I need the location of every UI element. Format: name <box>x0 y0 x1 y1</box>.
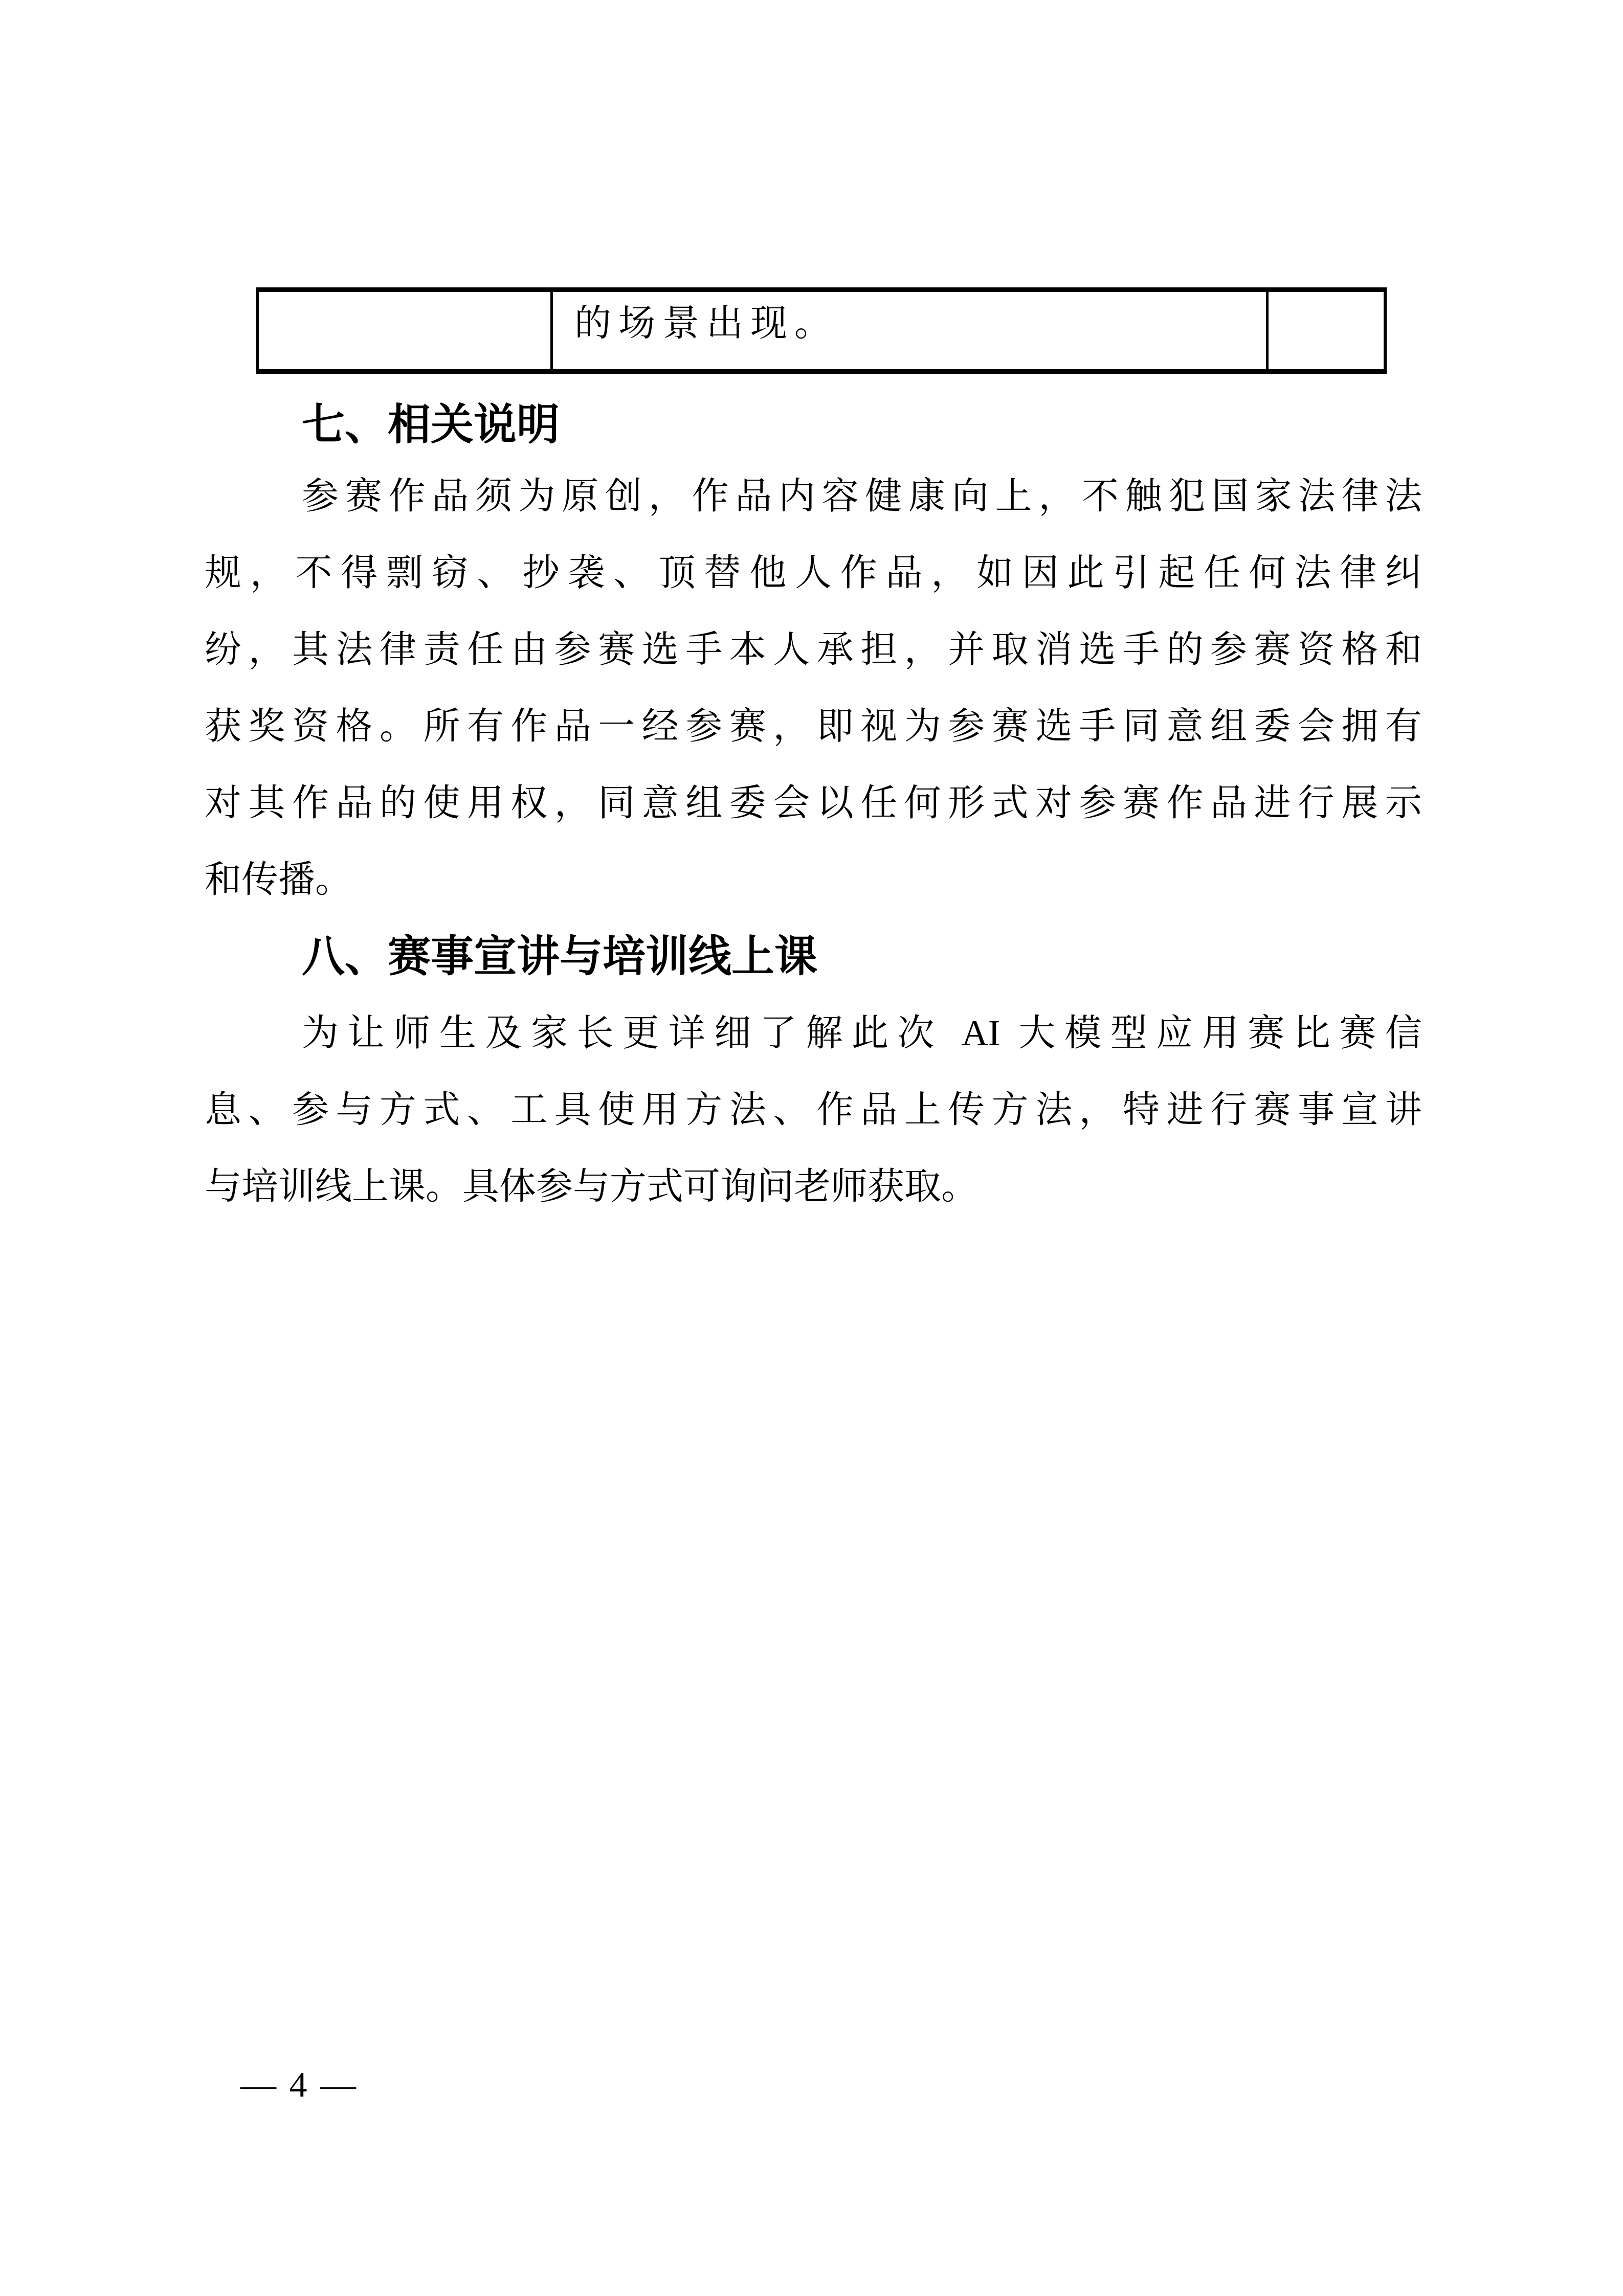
section-8-paragraph: 为让师生及家长更详细了解此次 AI 大模型应用赛比赛信 息、参与方式、工具使用方… <box>205 995 1422 1225</box>
paragraph-line: 参赛作品须为原创，作品内容健康向上，不触犯国家法律法 <box>205 458 1422 534</box>
paragraph-line: 对其作品的使用权，同意组委会以任何形式对参赛作品进行展示 <box>205 764 1422 841</box>
content-table: 的场景出现。 <box>256 287 1387 374</box>
paragraph-line: 与培训线上课。具体参与方式可询问老师获取。 <box>205 1148 1422 1225</box>
page-number: — 4 — <box>240 2065 358 2106</box>
paragraph-line: 息、参与方式、工具使用方法、作品上传方法，特进行赛事宣讲 <box>205 1071 1422 1148</box>
table-cell-text: 的场景出现。 <box>550 292 1266 369</box>
paragraph-line: 纷，其法律责任由参赛选手本人承担，并取消选手的参赛资格和 <box>205 611 1422 688</box>
paragraph-line: 和传播。 <box>205 841 1422 918</box>
table-cell-empty-left <box>259 292 550 369</box>
document-page: 的场景出现。 七、相关说明 参赛作品须为原创，作品内容健康向上，不触犯国家法律法… <box>0 0 1623 2296</box>
paragraph-line: 获奖资格。所有作品一经参赛，即视为参赛选手同意组委会拥有 <box>205 688 1422 764</box>
paragraph-line: 规，不得剽窃、抄袭、顶替他人作品，如因此引起任何法律纠 <box>205 534 1422 611</box>
section-7-paragraph: 参赛作品须为原创，作品内容健康向上，不触犯国家法律法 规，不得剽窃、抄袭、顶替他… <box>205 458 1422 918</box>
section-8-heading: 八、赛事宣讲与培训线上课 <box>205 918 1422 995</box>
section-7-heading: 七、相关说明 <box>205 386 1422 463</box>
paragraph-line: 为让师生及家长更详细了解此次 AI 大模型应用赛比赛信 <box>205 995 1422 1071</box>
table-cell-empty-right <box>1266 292 1384 369</box>
